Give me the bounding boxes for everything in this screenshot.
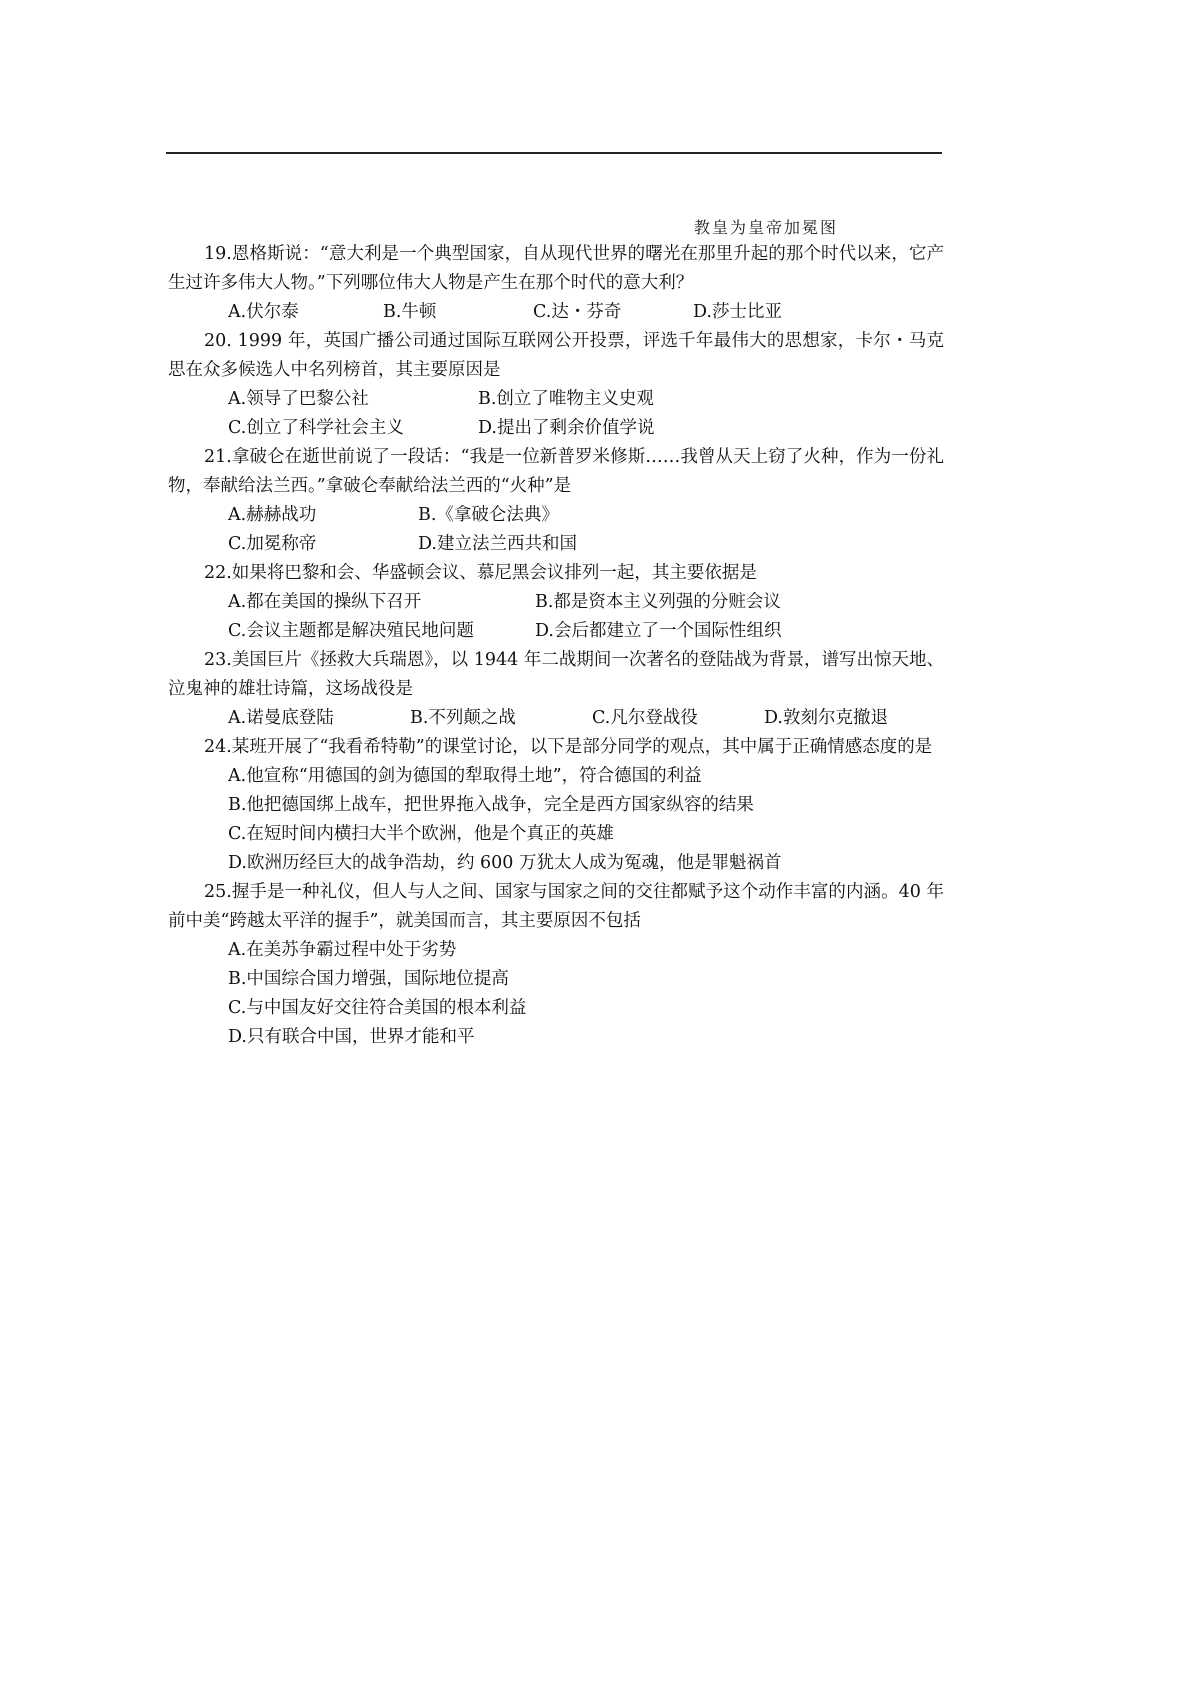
- question-20: 20. 1999 年，英国广播公司通过国际互联网公开投票，评选千年最伟大的思想家…: [168, 327, 944, 443]
- option-c: C.达・芬奇: [533, 298, 693, 327]
- question-stem: 21.拿破仑在逝世前说了一段话：“我是一位新普罗米修斯……我曾从天上窃了火种，作…: [168, 443, 944, 501]
- question-22: 22.如果将巴黎和会、华盛顿会议、慕尼黑会议排列一起，其主要依据是 A.都在美国…: [168, 559, 944, 646]
- option-a: A.赫赫战功: [228, 501, 418, 530]
- option-c: C.在短时间内横扫大半个欧洲，他是个真正的英雄: [168, 820, 944, 849]
- options-row: A.都在美国的操纵下召开 B.都是资本主义列强的分赃会议: [168, 588, 944, 617]
- option-c: C.创立了科学社会主义: [228, 414, 478, 443]
- option-d: D.提出了剩余价值学说: [478, 414, 654, 443]
- option-c: C.会议主题都是解决殖民地问题: [228, 617, 535, 646]
- options-row: C.加冕称帝 D.建立法兰西共和国: [168, 530, 944, 559]
- option-b: B.牛顿: [383, 298, 533, 327]
- option-d: D.莎士比亚: [693, 298, 782, 327]
- option-d: D.会后都建立了一个国际性组织: [535, 617, 781, 646]
- option-c: C.加冕称帝: [228, 530, 418, 559]
- options-row: C.创立了科学社会主义 D.提出了剩余价值学说: [168, 414, 944, 443]
- question-stem: 20. 1999 年，英国广播公司通过国际互联网公开投票，评选千年最伟大的思想家…: [168, 327, 944, 385]
- option-d: D.欧洲历经巨大的战争浩劫，约 600 万犹太人成为冤魂，他是罪魁祸首: [168, 849, 944, 878]
- option-b: B.中国综合国力增强，国际地位提高: [168, 965, 944, 994]
- option-a: A.领导了巴黎公社: [228, 385, 478, 414]
- option-a: A.在美苏争霸过程中处于劣势: [168, 936, 944, 965]
- option-b: B.不列颠之战: [410, 704, 592, 733]
- question-stem: 24.某班开展了“我看希特勒”的课堂讨论，以下是部分同学的观点，其中属于正确情感…: [168, 733, 944, 762]
- options-row: A.诺曼底登陆 B.不列颠之战 C.凡尔登战役 D.敦刻尔克撤退: [168, 704, 944, 733]
- option-a: A.伏尔泰: [228, 298, 383, 327]
- question-stem: 23.美国巨片《拯救大兵瑞恩》，以 1944 年二战期间一次著名的登陆战为背景，…: [168, 646, 944, 704]
- option-b: B.《拿破仑法典》: [418, 501, 559, 530]
- options-row: A.伏尔泰 B.牛顿 C.达・芬奇 D.莎士比亚: [168, 298, 944, 327]
- option-b: B.他把德国绑上战车，把世界拖入战争，完全是西方国家纵容的结果: [168, 791, 944, 820]
- option-b: B.创立了唯物主义史观: [478, 385, 654, 414]
- option-a: A.都在美国的操纵下召开: [228, 588, 535, 617]
- options-row: A.领导了巴黎公社 B.创立了唯物主义史观: [168, 385, 944, 414]
- header-rule: [166, 152, 942, 154]
- question-25: 25.握手是一种礼仪，但人与人之间、国家与国家之间的交往都赋予这个动作丰富的内涵…: [168, 878, 944, 1052]
- question-24: 24.某班开展了“我看希特勒”的课堂讨论，以下是部分同学的观点，其中属于正确情感…: [168, 733, 944, 878]
- option-c: C.与中国友好交往符合美国的根本利益: [168, 994, 944, 1023]
- question-21: 21.拿破仑在逝世前说了一段话：“我是一位新普罗米修斯……我曾从天上窃了火种，作…: [168, 443, 944, 559]
- question-list: 19.恩格斯说：“意大利是一个典型国家，自从现代世界的曙光在那里升起的那个时代以…: [168, 240, 944, 1052]
- option-d: D.只有联合中国，世界才能和平: [168, 1023, 944, 1052]
- option-d: D.建立法兰西共和国: [418, 530, 577, 559]
- question-23: 23.美国巨片《拯救大兵瑞恩》，以 1944 年二战期间一次著名的登陆战为背景，…: [168, 646, 944, 733]
- question-stem: 25.握手是一种礼仪，但人与人之间、国家与国家之间的交往都赋予这个动作丰富的内涵…: [168, 878, 944, 936]
- option-b: B.都是资本主义列强的分赃会议: [535, 588, 781, 617]
- question-19: 19.恩格斯说：“意大利是一个典型国家，自从现代世界的曙光在那里升起的那个时代以…: [168, 240, 944, 327]
- question-stem: 19.恩格斯说：“意大利是一个典型国家，自从现代世界的曙光在那里升起的那个时代以…: [168, 240, 944, 298]
- option-c: C.凡尔登战役: [592, 704, 764, 733]
- figure-caption: 教皇为皇帝加冕图: [694, 215, 838, 238]
- options-row: C.会议主题都是解决殖民地问题 D.会后都建立了一个国际性组织: [168, 617, 944, 646]
- question-stem: 22.如果将巴黎和会、华盛顿会议、慕尼黑会议排列一起，其主要依据是: [168, 559, 944, 588]
- option-a: A.他宣称“用德国的剑为德国的犁取得土地”，符合德国的利益: [168, 762, 944, 791]
- option-d: D.敦刻尔克撤退: [764, 704, 888, 733]
- option-a: A.诺曼底登陆: [228, 704, 410, 733]
- options-row: A.赫赫战功 B.《拿破仑法典》: [168, 501, 944, 530]
